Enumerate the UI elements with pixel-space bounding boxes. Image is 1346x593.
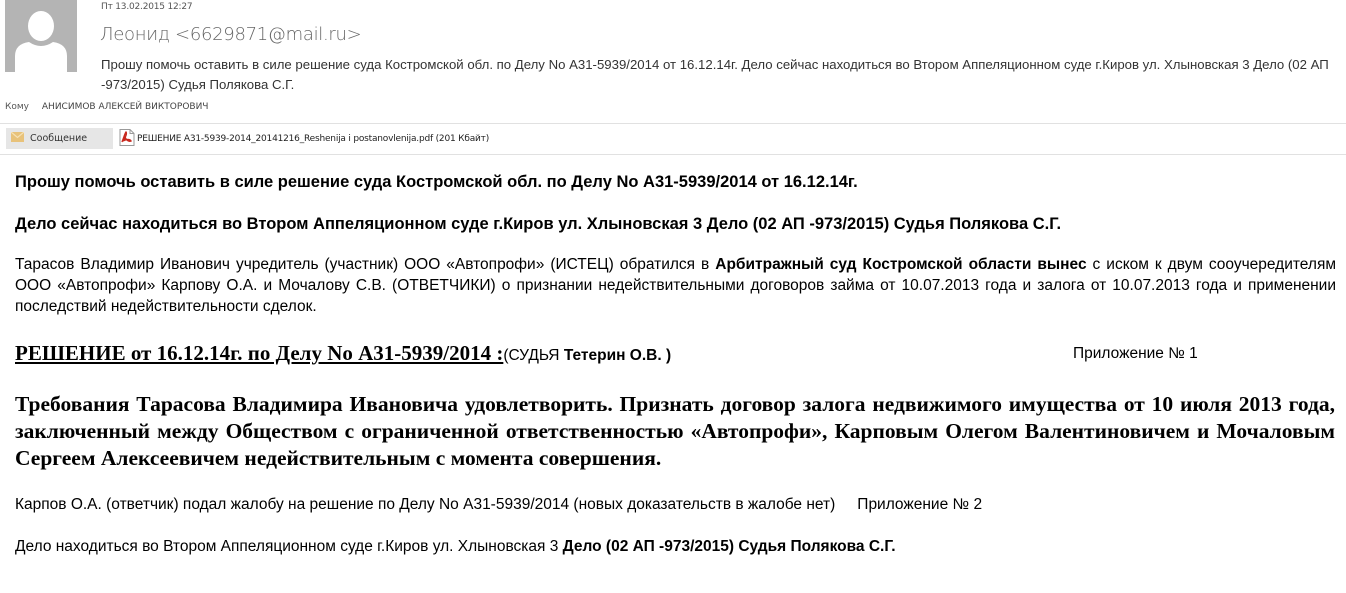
separator	[0, 154, 1346, 155]
final-case-bold: Дело (02 АП -973/2015) Судья Полякова С.…	[563, 538, 896, 555]
tab-message-label: Сообщение	[30, 133, 87, 144]
claim-court-bold: Арбитражный суд Костромской области выне…	[715, 256, 1086, 273]
separator	[0, 123, 1346, 124]
recipient-name[interactable]: АНИСИМОВ АЛЕКСЕЙ ВИКТОРОВИЧ	[42, 102, 209, 112]
tab-message[interactable]: Сообщение	[6, 128, 113, 149]
final-case-line: Дело находиться во Втором Аппеляционном …	[15, 538, 896, 556]
claim-text-a: Тарасов Владимир Иванович учредитель (уч…	[15, 256, 715, 273]
body-request-line: Прошу помочь оставить в силе решение суд…	[15, 173, 858, 192]
envelope-icon	[11, 132, 24, 145]
ruling-paragraph: Требования Тарасова Владимира Ивановича …	[15, 391, 1335, 472]
appeal-line: Карпов О.А. (ответчик) подал жалобу на р…	[15, 496, 982, 514]
body-case-status-line: Дело сейчас находиться во Втором Аппеляц…	[15, 215, 1061, 234]
recipient-row: Кому АНИСИМОВ АЛЕКСЕЙ ВИКТОРОВИЧ	[5, 102, 208, 112]
request-text: Прошу помочь оставить в силе решение суд…	[15, 173, 858, 191]
body-claim-paragraph: Тарасов Владимир Иванович учредитель (уч…	[15, 254, 1336, 317]
decision-heading: РЕШЕНИЕ от 16.12.14г. по Делу No А31-593…	[15, 341, 671, 366]
sender[interactable]: Леонид <6629871@mail.ru>	[100, 24, 361, 45]
sender-avatar	[5, 0, 77, 72]
annex-2-label: Приложение № 2	[857, 496, 982, 513]
pdf-file-icon	[119, 129, 135, 149]
annex-1-label: Приложение № 1	[1073, 345, 1198, 363]
judge-prefix: (СУДЬЯ	[503, 347, 563, 364]
to-label: Кому	[5, 102, 29, 112]
judge-name: Тетерин О.В. )	[564, 347, 671, 364]
message-subject: Прошу помочь оставить в силе решение суд…	[101, 55, 1341, 95]
final-text: Дело находиться во Втором Аппеляционном …	[15, 538, 563, 555]
appeal-text: Карпов О.А. (ответчик) подал жалобу на р…	[15, 496, 835, 513]
attachment-pdf[interactable]: РЕШЕНИЕ А31-5939-2014_20141216_Reshenija…	[119, 129, 489, 149]
attachment-label: РЕШЕНИЕ А31-5939-2014_20141216_Reshenija…	[137, 134, 489, 144]
decision-title: РЕШЕНИЕ от 16.12.14г. по Делу No А31-593…	[15, 341, 503, 365]
decision-judge: (СУДЬЯ Тетерин О.В. )	[503, 347, 671, 364]
message-date: Пт 13.02.2015 12:27	[101, 2, 192, 12]
default-user-avatar-icon	[5, 0, 77, 72]
